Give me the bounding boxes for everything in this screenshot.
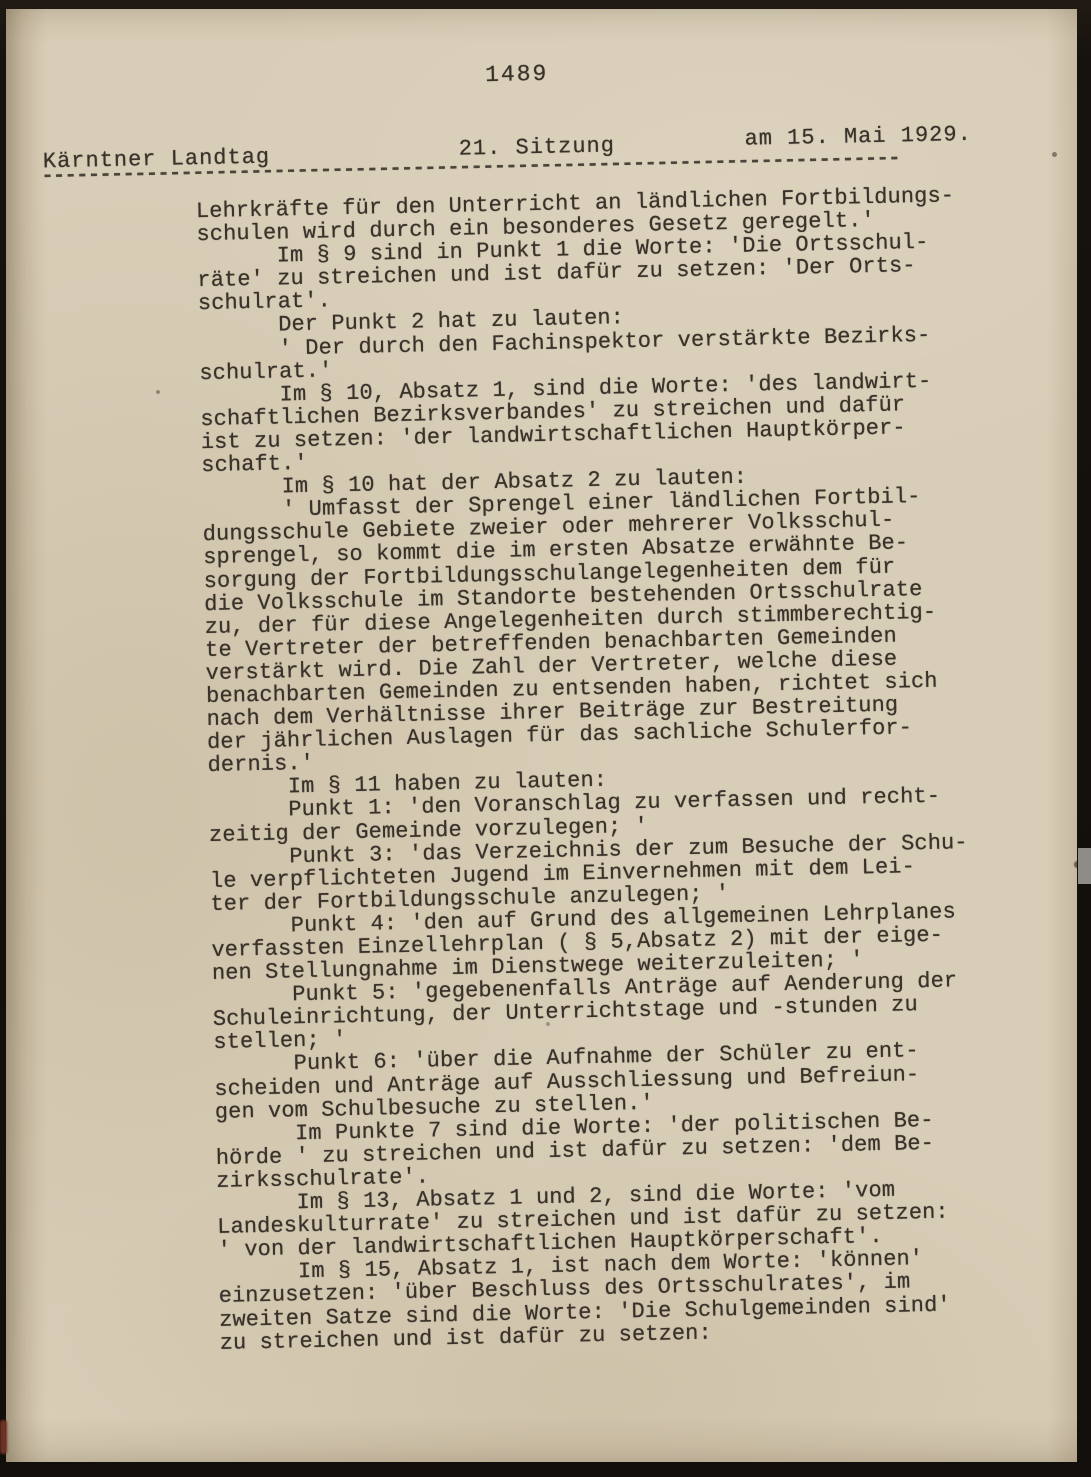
scanned-page-background: 1489 Kärntner Landtag 21. Sitzung am 15.… (0, 0, 1091, 1477)
document-body-text: Lehrkräfte für den Unterricht an ländlic… (196, 184, 978, 1354)
page-header: Kärntner Landtag 21. Sitzung am 15. Mai … (6, 9, 1065, 20)
page-number: 1489 (6, 50, 1052, 98)
paper-speck (1074, 861, 1077, 868)
paper-speck (546, 1022, 550, 1026)
document-page: 1489 Kärntner Landtag 21. Sitzung am 15.… (6, 9, 1077, 1462)
paper-speck (1052, 152, 1057, 157)
scan-edge-smudge (0, 1420, 7, 1454)
paper-speck (156, 390, 160, 394)
typed-content: 1489 Kärntner Landtag 21. Sitzung am 15.… (6, 9, 1077, 1462)
scan-edge-notch (1078, 848, 1091, 884)
